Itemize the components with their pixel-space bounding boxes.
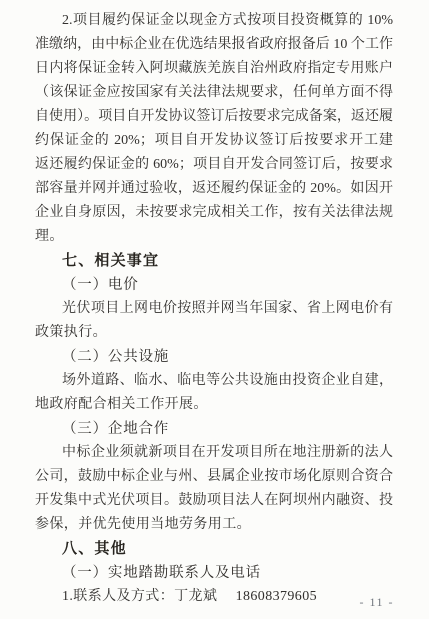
- document-body: 2.项目履约保证金以现金方式按项目投资概算的 10%标准缴纳，由中标企业在优选结…: [35, 9, 393, 609]
- text-line: 日内将保证金转入阿坝藏族羌族自治州政府指定专用账户: [35, 57, 393, 81]
- subsection-heading: （三）企地合作: [35, 417, 393, 441]
- document-page: 2.项目履约保证金以现金方式按项目投资概算的 10%标准缴纳，由中标企业在优选结…: [0, 0, 429, 619]
- subsection-heading: （一）实地踏勘联系人及电话: [35, 561, 393, 585]
- text-line: 准缴纳，由中标企业在优选结果报省政府报备后 10 个工作: [35, 33, 393, 57]
- text-line: 公司，鼓励中标企业与州、县属企业按市场化原则合资合作: [35, 465, 393, 489]
- text-line: 约保证金的 20%；项目自开发协议签订后按要求开工建设，: [35, 129, 393, 153]
- text-line: 1.联系人及方式：丁龙斌 18608379605: [35, 585, 393, 609]
- text-line: 参保，并优先使用当地劳务用工。: [35, 513, 393, 537]
- text-line: 开发集中式光伏项目。鼓励项目法人在阿坝州内融资、投保: [35, 489, 393, 513]
- text-line: 中标企业须就新项目在开发项目所在地注册新的法人: [35, 441, 393, 465]
- text-line: 自使用）。项目自开发协议签订后按要求完成备案，返还履: [35, 105, 393, 129]
- text-line: 企业自身原因，未按要求完成相关工作，按有关法律法规处: [35, 201, 393, 225]
- text-line: 政策执行。: [35, 321, 393, 345]
- text-line: 光伏项目上网电价按照并网当年国家、省上网电价有关: [35, 297, 393, 321]
- text-line: 部容量并网并通过验收，返还履约保证金的 20%。如因开发: [35, 177, 393, 201]
- text-line: 2.项目履约保证金以现金方式按项目投资概算的 10%标: [35, 9, 393, 33]
- section-heading: 八、其他: [35, 537, 393, 561]
- text-line: 理。: [35, 225, 393, 249]
- text-line: 返还履约保证金的 60%；项目自开发合同签订后，按要求全: [35, 153, 393, 177]
- page-number: - 11 -: [359, 595, 394, 609]
- text-line: 地政府配合相关工作开展。: [35, 393, 393, 417]
- subsection-heading: （一）电价: [35, 273, 393, 297]
- section-heading: 七、相关事宜: [35, 249, 393, 273]
- text-line: 场外道路、临水、临电等公共设施由投资企业自建，当: [35, 369, 393, 393]
- text-line: （该保证金应按国家有关法律法规要求，任何单方面不得擅: [35, 81, 393, 105]
- subsection-heading: （二）公共设施: [35, 345, 393, 369]
